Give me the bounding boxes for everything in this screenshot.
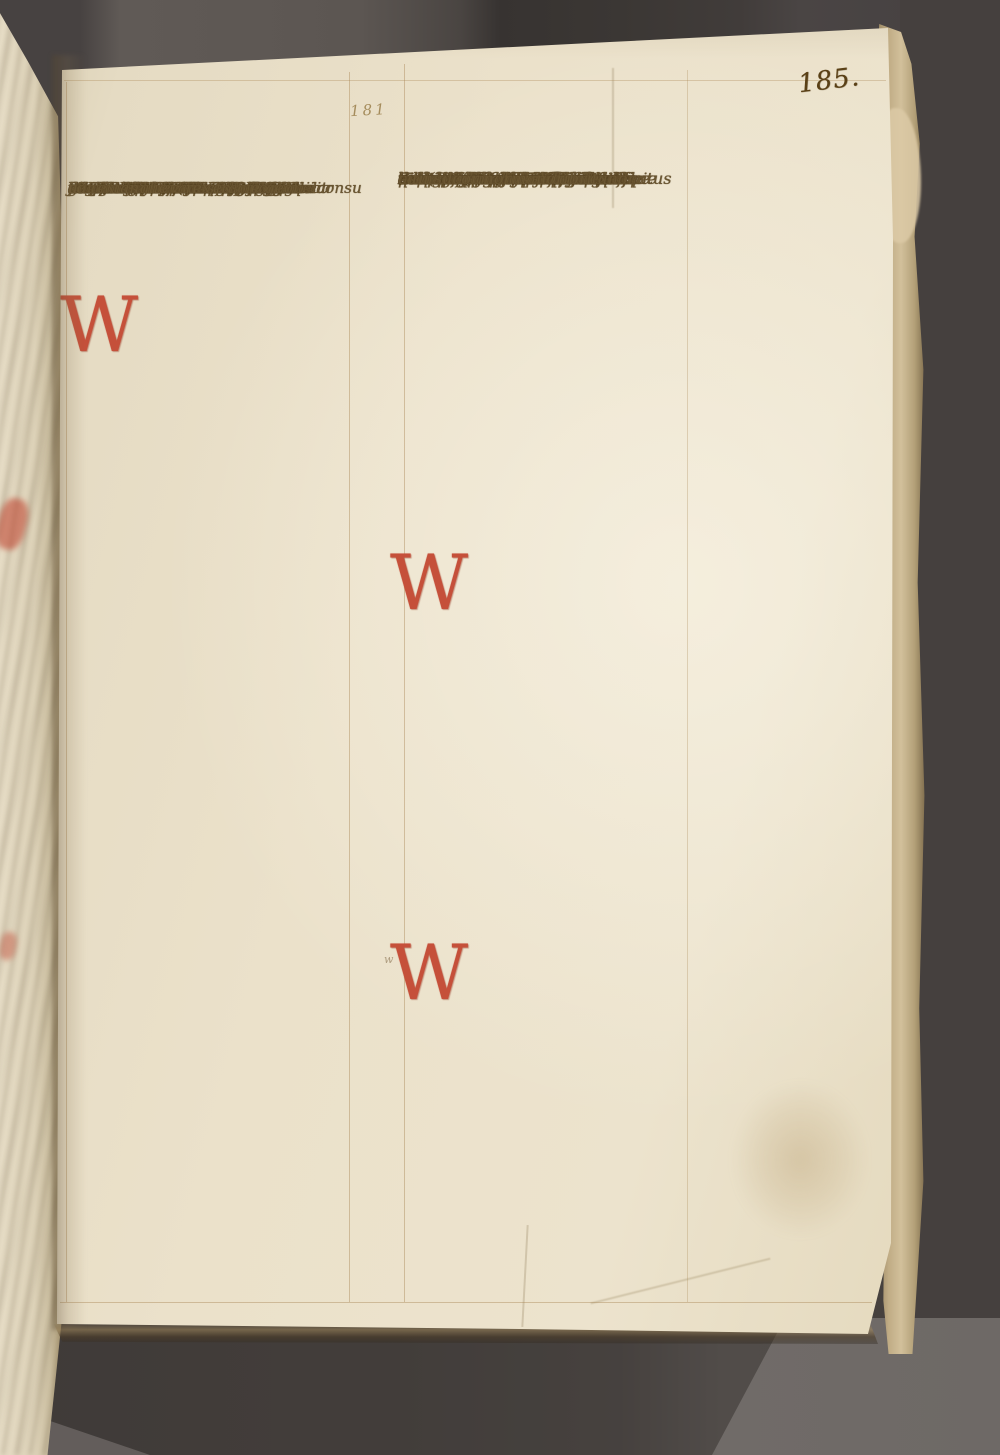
page-number: 185. (797, 59, 890, 100)
manuscript-text-line: u° rex anglie z rex fracie geor (68, 176, 300, 200)
folio-number: 181 (350, 98, 431, 120)
gutter-shadow (52, 55, 86, 1330)
parchment-stain (732, 1082, 868, 1237)
guide-letter: w (384, 953, 398, 966)
parchment-crease (521, 1225, 528, 1327)
ruling-line-horizontal (60, 1302, 872, 1303)
rubric-initial: W (390, 545, 476, 621)
rubric-initial: W (390, 935, 476, 1011)
ruling-line-horizontal (64, 80, 886, 81)
parchment-crease (591, 1258, 771, 1305)
manuscript-page: 181 185. vero thrun illam dexerunt villa… (0, 0, 1000, 1455)
manuscript-photo: 181 185. vero thrun illam dexerunt villa… (0, 0, 1000, 1455)
ruling-line-vertical (404, 64, 405, 1302)
ruling-line-vertical (687, 70, 688, 1302)
ruling-line-vertical (349, 72, 350, 1302)
manuscript-text-line: citu sucor normanor britanor (398, 166, 635, 192)
